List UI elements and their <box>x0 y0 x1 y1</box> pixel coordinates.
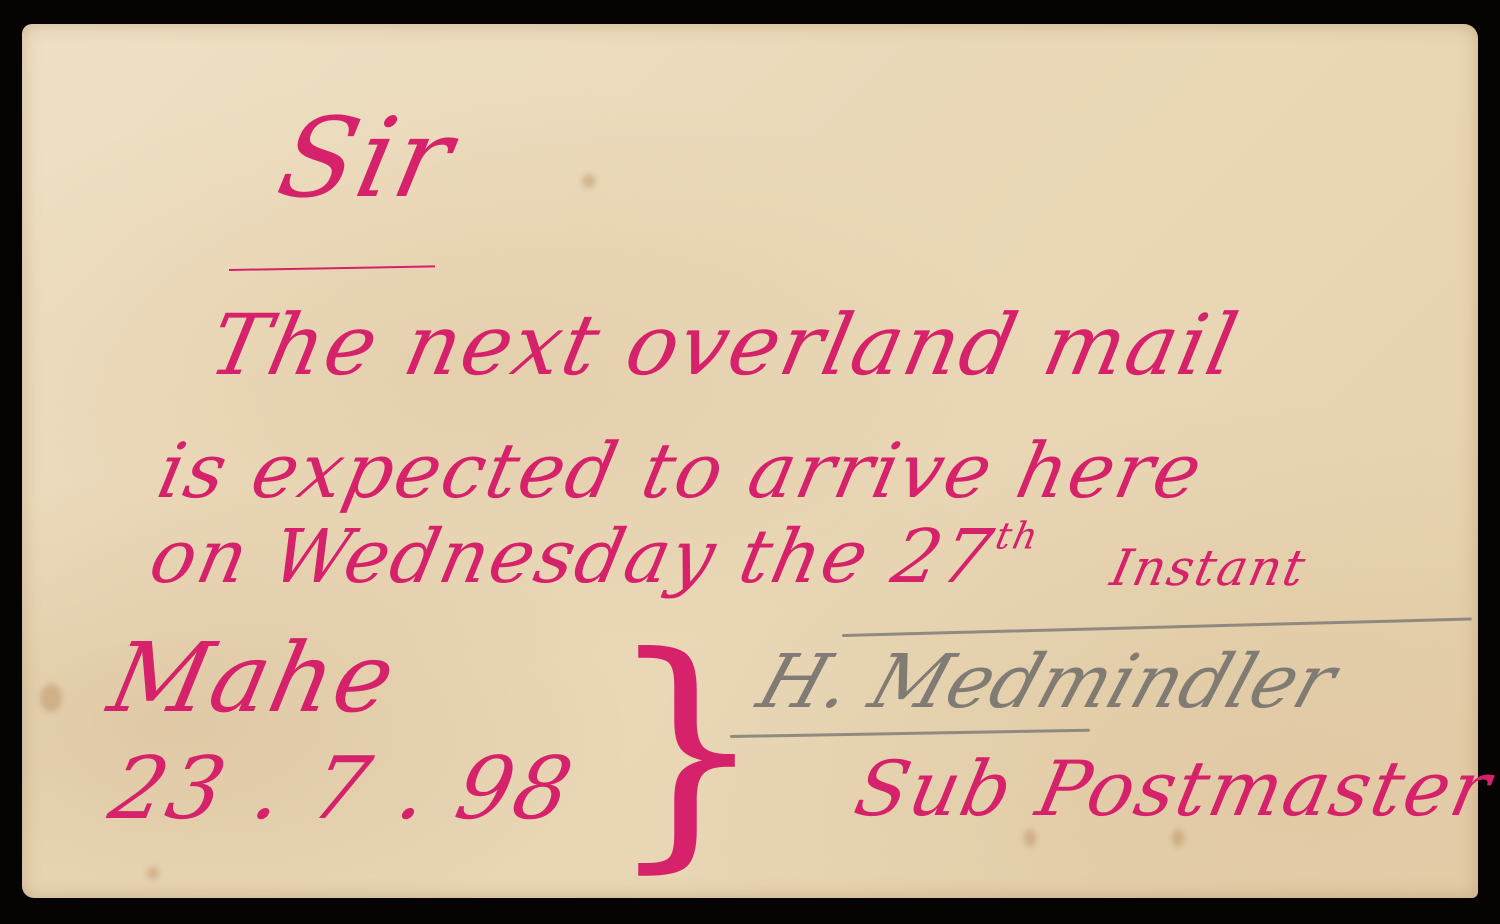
body-line-3: on Wednesday the 27th <box>143 514 1044 600</box>
curly-brace: } <box>607 624 766 874</box>
body-line-1: The next overland mail <box>202 296 1248 394</box>
salutation-underline <box>229 265 435 271</box>
postcard: Sir The next overland mail is expected t… <box>22 24 1478 898</box>
foxing-spot <box>582 174 596 188</box>
body-line-4: Instant <box>1106 539 1312 597</box>
signature-underline <box>730 729 1090 738</box>
date: 23 . 7 . 98 <box>101 739 582 839</box>
foxing-spot <box>40 684 62 712</box>
body-line-3-text: on Wednesday the 27 <box>143 514 1001 600</box>
signature: H. Medmindler <box>748 639 1346 725</box>
place: Mahe <box>100 622 406 734</box>
foxing-spot <box>147 867 159 879</box>
signature-flourish <box>842 618 1472 637</box>
body-line-2: is expected to arrive here <box>151 426 1212 515</box>
signatory-title: Sub Postmaster <box>848 744 1500 833</box>
ordinal-suffix: th <box>992 515 1044 558</box>
salutation: Sir <box>268 94 464 222</box>
